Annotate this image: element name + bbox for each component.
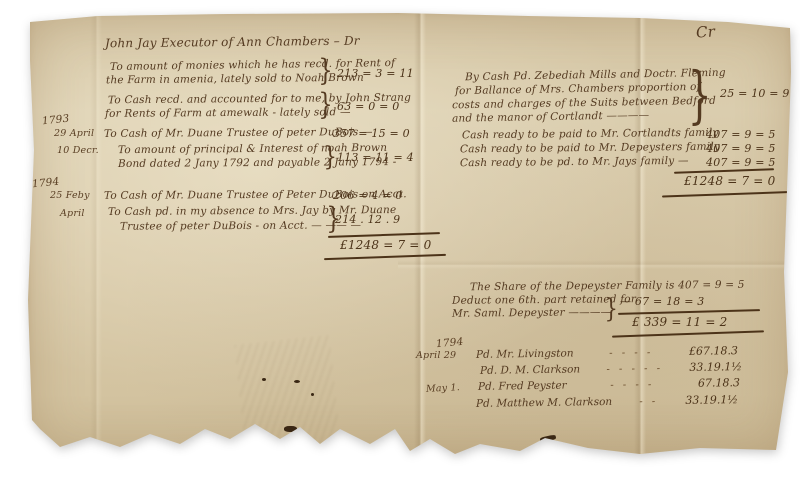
ledger-heading: John Jay Executor of Ann Chambers – Dr <box>105 35 360 50</box>
entry-line: and the manor of Cortlandt ———— <box>452 110 649 124</box>
payments-date: May 1. <box>426 383 460 394</box>
cash-line: Cash ready to be pd. to Mr. Jays family … <box>460 156 689 169</box>
cash-amount: 407 = 9 = 5 <box>706 143 776 154</box>
credit-heading: Cr <box>696 24 716 40</box>
ink-speck <box>311 393 314 396</box>
share-deduction: — 67 = 18 = 3 <box>620 296 705 307</box>
ink-blot <box>284 426 297 432</box>
payee-name: Pd. Matthew M. Clarkson <box>476 396 612 410</box>
entry-line: for Rents of Farm at amewalk - lately so… <box>105 107 351 119</box>
ink-mark <box>540 434 557 442</box>
entry-amount: 213 = 3 = 11 <box>337 68 414 79</box>
dash-leader: - - - - <box>567 379 699 392</box>
margin-year: 1794 <box>32 177 60 190</box>
payments-date: April 29 <box>416 351 456 361</box>
entry-line: for Ballance of Mrs. Chambers proportion… <box>455 82 701 97</box>
fold-crease-left <box>90 12 102 462</box>
entry-amount: 214 . 12 . 9 <box>335 214 400 225</box>
entry-line: Trustee of peter DuBois - on Acct. — —— … <box>120 220 361 232</box>
dash-leader: - - <box>612 396 685 408</box>
ink-showthrough <box>235 335 341 452</box>
margin-date: 29 April <box>54 129 94 139</box>
payment-amount: 67.18.3 <box>698 376 740 390</box>
cash-line: Cash ready to be paid to Mr. Depeysters … <box>460 142 720 155</box>
payee-name: Pd. Mr. Livingston <box>476 347 574 360</box>
dash-leader: - - - - <box>574 347 690 360</box>
entry-amount: 63 = 0 = 0 <box>337 101 399 112</box>
total-rule <box>324 254 446 260</box>
fold-crease-horizontal <box>398 260 792 269</box>
margin-date: 10 Decr. <box>57 146 99 156</box>
share-line: Mr. Saml. Depeyster ———— <box>452 307 611 319</box>
payee-name: Pd. Fred Peyster <box>478 380 567 393</box>
total-rule <box>662 191 800 198</box>
debit-total: £1248 = 7 = 0 <box>340 239 431 251</box>
payment-amount: 33.19.1½ <box>685 393 738 407</box>
ink-speck <box>262 378 266 381</box>
ledger-sheet: John Jay Executor of Ann Chambers – Dr T… <box>28 12 792 462</box>
payment-amount: £67.18.3 <box>689 344 738 358</box>
credit-total: £1248 = 7 = 0 <box>684 175 775 187</box>
cash-amount: 407 = 9 = 5 <box>706 129 776 140</box>
curly-brace: } <box>324 144 337 170</box>
entry-amount: 357 = 15 = 0 <box>333 128 410 139</box>
dash-leader: - - - - - <box>580 363 689 376</box>
curly-brace: } <box>605 296 618 322</box>
entry-line: costs and charges of the Suits between B… <box>452 96 716 111</box>
margin-year: 1793 <box>42 114 70 127</box>
cash-line: Cash ready to be paid to Mr. Cortlandts … <box>462 128 719 141</box>
payment-row: Pd. Matthew M. Clarkson - - 33.19.1½ <box>476 393 738 410</box>
entry-amount: 113 = 11 = 4 <box>337 152 414 163</box>
payment-amount: 33.19.1½ <box>689 360 742 374</box>
payee-name: Pd. D. M. Clarkson <box>480 363 580 376</box>
payment-row: Pd. Mr. Livingston - - - - £67.18.3 <box>476 344 738 361</box>
curly-brace: } <box>318 90 332 120</box>
curly-brace: } <box>318 56 332 86</box>
curly-brace: } <box>688 64 712 126</box>
entry-amount: 206 = 4 = 0 <box>333 190 403 201</box>
payment-row: Pd. D. M. Clarkson - - - - - 33.19.1½ <box>480 360 742 377</box>
share-line: The Share of the Depeyster Family is 407… <box>470 280 745 293</box>
fold-crease-center <box>414 12 426 462</box>
ink-speck <box>294 380 300 383</box>
entry-amount: 25 = 10 = 9 <box>720 88 790 99</box>
manuscript-photo: John Jay Executor of Ann Chambers – Dr T… <box>0 0 800 482</box>
margin-date: April <box>60 209 85 219</box>
payments-year: 1794 <box>436 337 464 350</box>
share-remainder: £ 339 = 11 = 2 <box>632 316 727 328</box>
margin-date: 25 Feby <box>50 191 90 201</box>
total-rule <box>674 168 774 173</box>
payment-row: Pd. Fred Peyster - - - - 67.18.3 <box>478 376 740 393</box>
cash-amount: 407 = 9 = 5 <box>706 157 776 168</box>
